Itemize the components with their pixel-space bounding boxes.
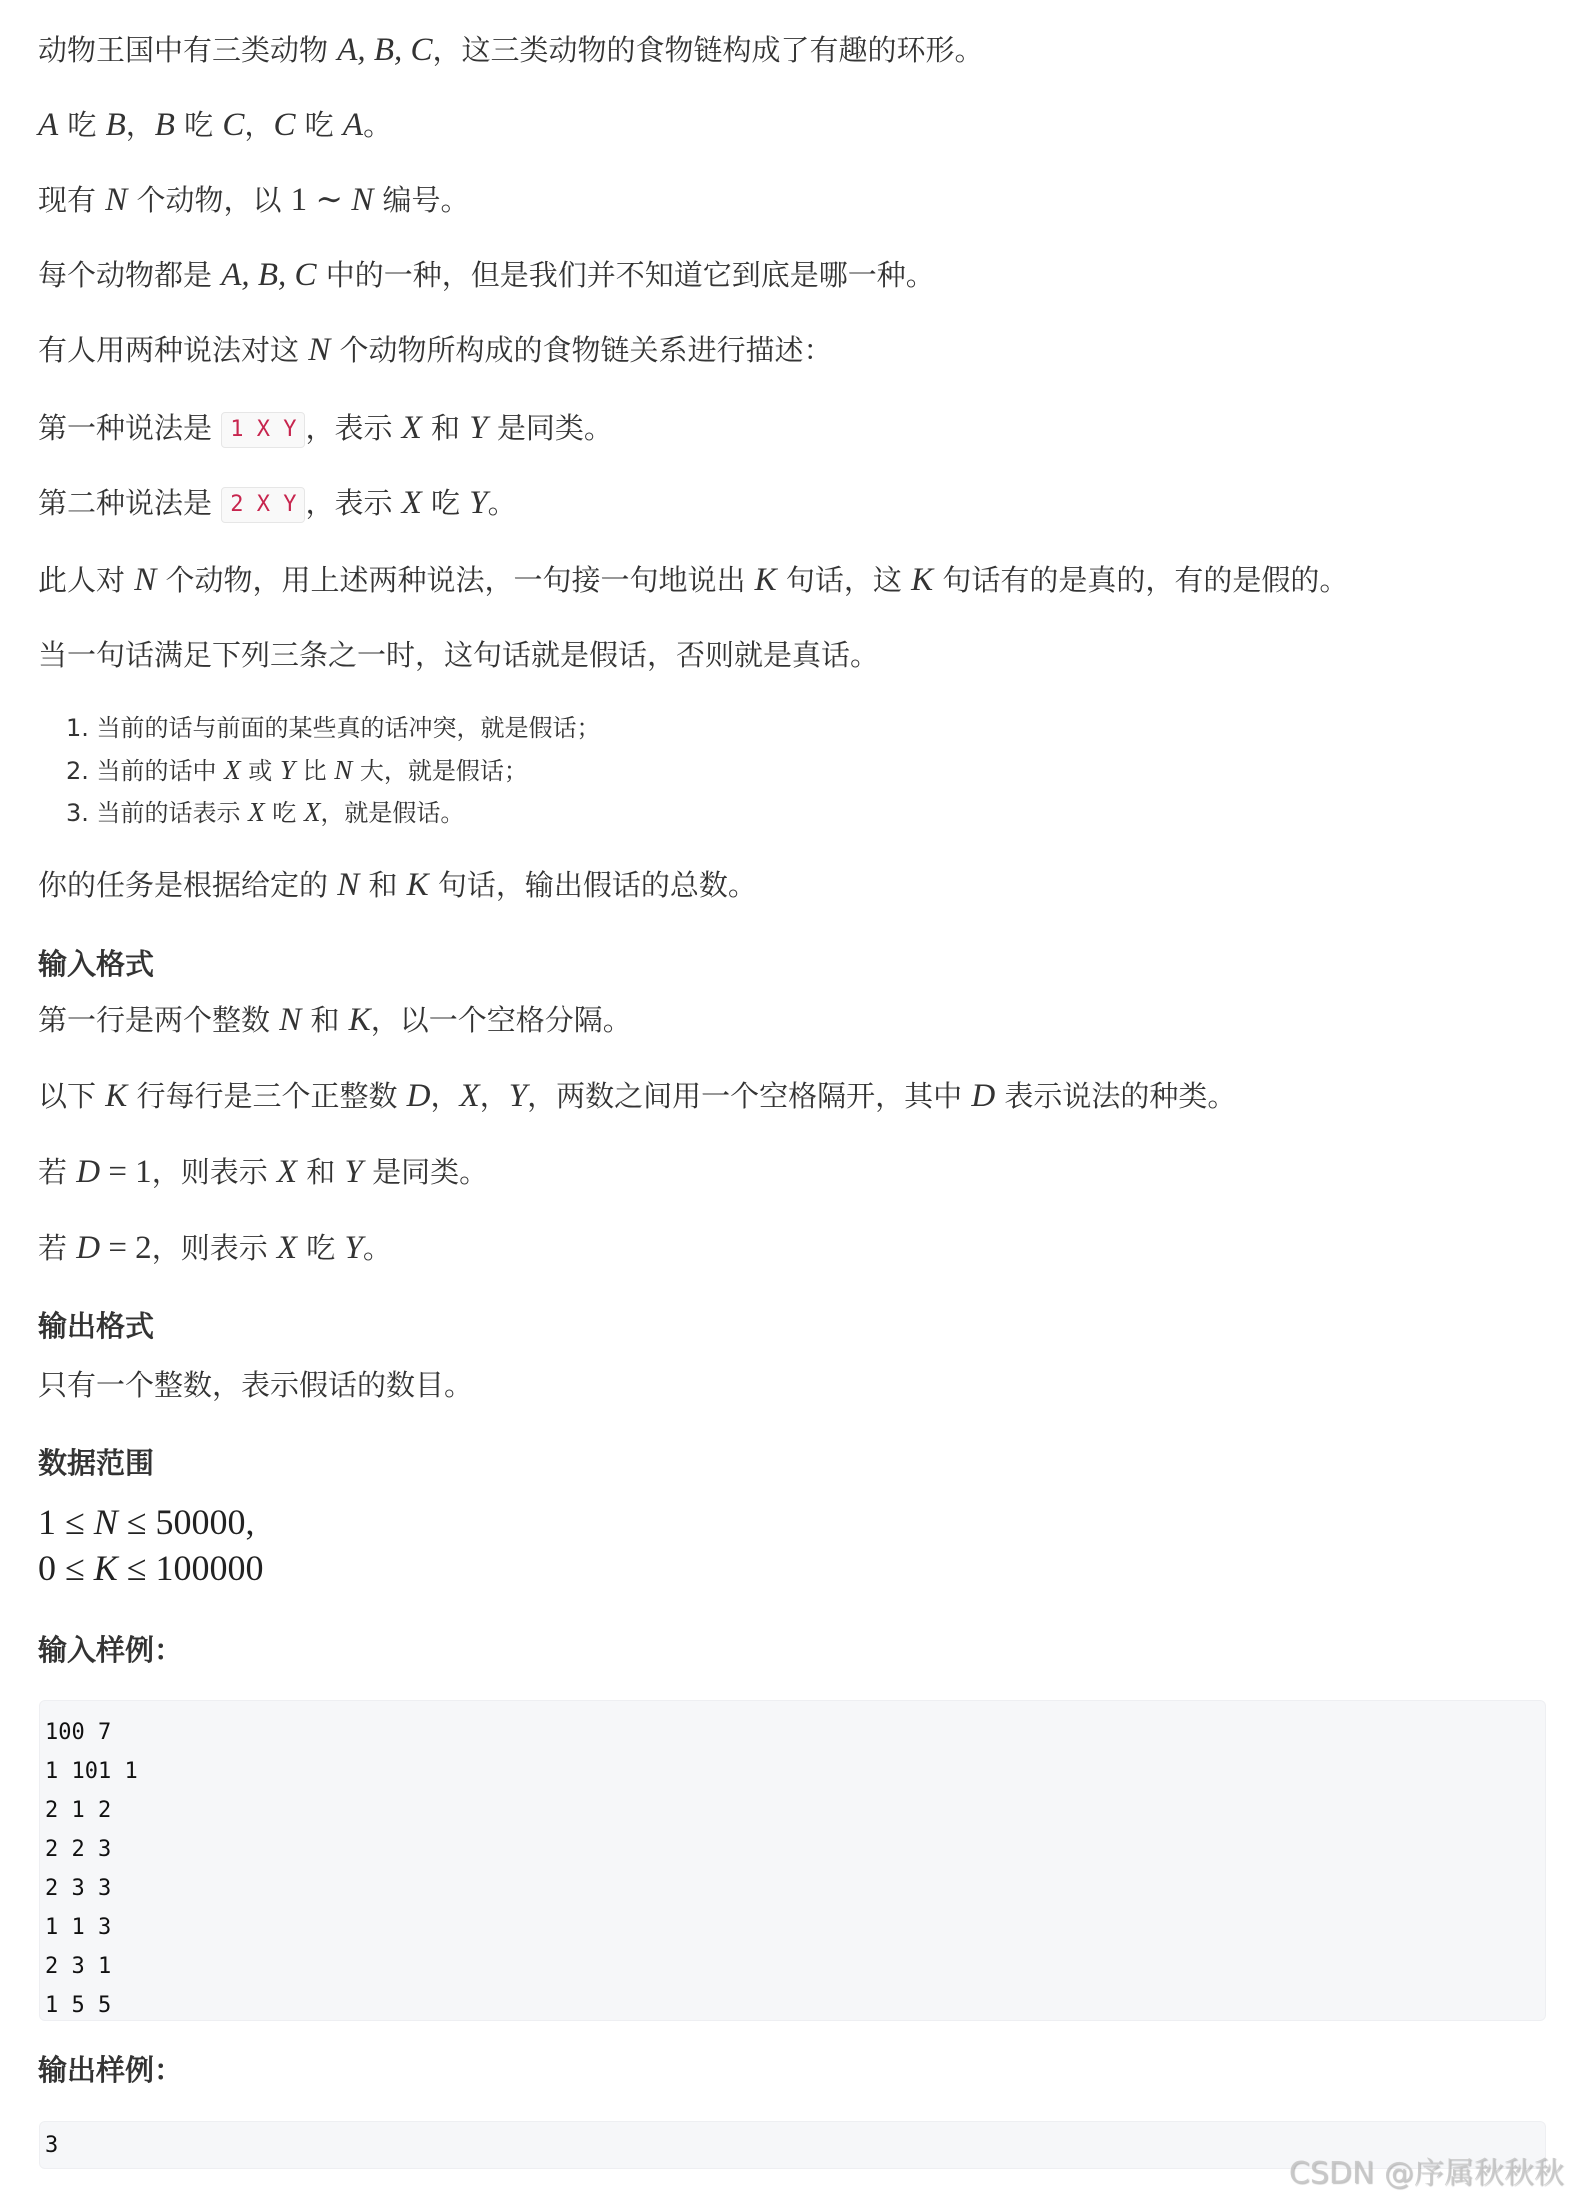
- text: 第一种说法是: [38, 411, 221, 445]
- code-line: 1 5 5: [45, 1986, 1540, 2025]
- math: ≤ 50000,: [118, 1502, 255, 1542]
- math: Y: [345, 1154, 363, 1190]
- math: K: [755, 562, 777, 598]
- statements-intro-paragraph: 有人用两种说法对这 N 个动物所构成的食物链关系进行描述：: [38, 330, 832, 370]
- text: ，则表示: [152, 1155, 277, 1189]
- text: 第一行是两个整数: [38, 1003, 279, 1037]
- math: = 2: [100, 1230, 152, 1266]
- k-statements-paragraph: 此人对 N 个动物，用上述两种说法，一句接一句地说出 K 句话，这 K 句话有的…: [38, 560, 1348, 600]
- math: X: [304, 797, 321, 827]
- task-paragraph: 你的任务是根据给定的 N 和 K 句话，输出假话的总数。: [38, 865, 757, 905]
- text: ，两数之间用一个空格隔开，其中: [527, 1079, 971, 1113]
- list-number: 1.: [66, 714, 97, 742]
- text: ，表示: [305, 411, 401, 445]
- math: K: [349, 1002, 371, 1038]
- input-format-line-3: 若 D = 1，则表示 X 和 Y 是同类。: [38, 1152, 488, 1192]
- text: 编号。: [373, 183, 469, 217]
- text: 和: [301, 1003, 348, 1037]
- math: K: [911, 562, 933, 598]
- output-format-heading: 输出格式: [38, 1306, 154, 1346]
- math: N: [105, 182, 127, 218]
- sample-input-heading: 输入样例：: [38, 1630, 183, 1670]
- math: Y: [469, 410, 487, 446]
- rule-item-2: 2. 当前的话中 X 或 Y 比 N 大，就是假话；: [66, 749, 528, 792]
- input-format-line-2: 以下 K 行每行是三个正整数 D，X，Y，两数之间用一个空格隔开，其中 D 表示…: [38, 1076, 1236, 1116]
- data-range-heading: 数据范围: [38, 1443, 154, 1483]
- math: X: [248, 797, 265, 827]
- text: 第二种说法是: [38, 486, 221, 520]
- text: 大，就是假话；: [352, 757, 528, 785]
- math: Y: [345, 1230, 363, 1266]
- math: X: [224, 755, 241, 785]
- text: 吃: [422, 486, 469, 520]
- text: 有人用两种说法对这: [38, 333, 308, 367]
- text: 吃: [295, 108, 342, 142]
- range-k: 0 ≤ K ≤ 100000: [38, 1545, 264, 1591]
- math: C: [273, 107, 295, 143]
- text: 。: [363, 1231, 392, 1265]
- text: 比: [295, 757, 334, 785]
- code-line: 2 3 1: [45, 1947, 1540, 1986]
- text: 是同类。: [363, 1155, 488, 1189]
- input-format-heading: 输入格式: [38, 944, 154, 984]
- csdn-watermark: CSDN @序属秋秋秋: [1289, 2148, 1564, 2192]
- input-format-line-4: 若 D = 2，则表示 X 吃 Y。: [38, 1228, 392, 1268]
- code-line: 2 1 2: [45, 1791, 1540, 1830]
- text: 现有: [38, 183, 105, 217]
- text: 以下: [38, 1079, 105, 1113]
- text: 行每行是三个正整数: [127, 1079, 406, 1113]
- code-line: 100 7: [45, 1713, 1540, 1752]
- inline-code: 2 X Y: [221, 487, 305, 523]
- code-line: 1 1 3: [45, 1908, 1540, 1947]
- text: 。: [363, 108, 392, 142]
- text: ，则表示: [152, 1231, 277, 1265]
- text: 每个动物都是: [38, 258, 221, 292]
- math: K: [407, 867, 429, 903]
- text: ，以一个空格分隔。: [371, 1003, 632, 1037]
- input-format-line-1: 第一行是两个整数 N 和 K，以一个空格分隔。: [38, 1000, 632, 1040]
- math: C: [222, 107, 244, 143]
- math: B: [106, 107, 126, 143]
- code-line: 2 2 3: [45, 1830, 1540, 1869]
- text: ，这三类动物的食物链构成了有趣的环形。: [433, 33, 984, 67]
- math: Y: [280, 755, 295, 785]
- text: 句话，输出假话的总数。: [429, 868, 757, 902]
- text: 你的任务是根据给定的: [38, 868, 337, 902]
- math: 1 ≤: [38, 1502, 94, 1542]
- math: A, B, C: [337, 32, 432, 68]
- math: 0 ≤: [38, 1548, 94, 1588]
- sample-input-block[interactable]: 100 7 1 101 1 2 1 2 2 2 3 2 3 3 1 1 3 2 …: [39, 1700, 1546, 2021]
- sample-output-heading: 输出样例：: [38, 2050, 183, 2090]
- text: 。: [488, 486, 517, 520]
- math: Y: [469, 485, 487, 521]
- text: 当一句话满足下列三条之一时，这句话就是假话，否则就是真话。: [38, 638, 879, 672]
- rule-item-3: 3. 当前的话表示 X 吃 X，就是假话。: [66, 791, 464, 834]
- math: A, B, C: [221, 257, 316, 293]
- math: N: [134, 562, 156, 598]
- math: N: [279, 1002, 301, 1038]
- math: D: [407, 1078, 431, 1114]
- math: Y: [509, 1078, 527, 1114]
- math: = 1: [100, 1154, 152, 1190]
- text: 当前的话与前面的某些真的话冲突，就是假话；: [97, 714, 601, 742]
- inline-code: 1 X Y: [221, 412, 305, 448]
- math: N: [334, 755, 352, 785]
- text: ，: [244, 108, 273, 142]
- text: 和: [422, 411, 469, 445]
- statement-type-2: 第二种说法是 2 X Y，表示 X 吃 Y。: [38, 483, 517, 523]
- text: 句话有的是真的，有的是假的。: [933, 563, 1348, 597]
- text: 此人对: [38, 563, 134, 597]
- rule-item-1: 1. 当前的话与前面的某些真的话冲突，就是假话；: [66, 707, 601, 749]
- math: D: [971, 1078, 995, 1114]
- math: 1 ∼: [291, 182, 352, 218]
- math: N: [308, 332, 330, 368]
- text: 当前的话中: [97, 757, 225, 785]
- math: N: [337, 867, 359, 903]
- text: 动物王国中有三类动物: [38, 33, 337, 67]
- text: 个动物所构成的食物链关系进行描述：: [330, 333, 832, 367]
- math: K: [105, 1078, 127, 1114]
- math: ≤ 100000: [118, 1548, 264, 1588]
- statement-type-1: 第一种说法是 1 X Y，表示 X 和 Y 是同类。: [38, 408, 613, 448]
- false-condition-paragraph: 当一句话满足下列三条之一时，这句话就是假话，否则就是真话。: [38, 635, 879, 675]
- range-n: 1 ≤ N ≤ 50000,: [38, 1499, 255, 1545]
- math: N: [351, 182, 373, 218]
- intro-paragraph: 动物王国中有三类动物 A, B, C，这三类动物的食物链构成了有趣的环形。: [38, 30, 984, 70]
- text: ，: [431, 1079, 460, 1113]
- numbering-paragraph: 现有 N 个动物，以 1 ∼ N 编号。: [38, 180, 470, 220]
- list-number: 2.: [66, 757, 97, 785]
- text: 个动物，以: [127, 183, 290, 217]
- text: 和: [297, 1155, 344, 1189]
- math: N: [94, 1502, 118, 1542]
- math: X: [460, 1078, 480, 1114]
- text: ，: [126, 108, 155, 142]
- text: ，就是假话。: [320, 799, 464, 827]
- text: 表示说法的种类。: [995, 1079, 1236, 1113]
- text: 是同类。: [488, 411, 613, 445]
- code-line: 1 101 1: [45, 1752, 1540, 1791]
- text: ，: [480, 1079, 509, 1113]
- text: 若: [38, 1155, 76, 1189]
- text: 吃: [297, 1231, 344, 1265]
- math: A: [38, 107, 58, 143]
- list-number: 3.: [66, 799, 97, 827]
- text: 和: [359, 868, 406, 902]
- unknown-type-paragraph: 每个动物都是 A, B, C 中的一种，但是我们并不知道它到底是哪一种。: [38, 255, 935, 295]
- food-chain-paragraph: A 吃 B，B 吃 C，C 吃 A。: [38, 105, 392, 145]
- math: K: [94, 1548, 118, 1588]
- math: X: [277, 1230, 297, 1266]
- text: 中的一种，但是我们并不知道它到底是哪一种。: [317, 258, 935, 292]
- math: A: [343, 107, 363, 143]
- math: D: [76, 1154, 100, 1190]
- text: 吃: [175, 108, 222, 142]
- code-line: 2 3 3: [45, 1869, 1540, 1908]
- text: 当前的话表示: [97, 799, 249, 827]
- text: ，表示: [305, 486, 401, 520]
- output-format-text: 只有一个整数，表示假话的数目。: [38, 1365, 473, 1405]
- text: 句话，这: [777, 563, 911, 597]
- text: 吃: [58, 108, 105, 142]
- math: X: [402, 485, 422, 521]
- math: X: [402, 410, 422, 446]
- text: 吃: [265, 799, 304, 827]
- text: 若: [38, 1231, 76, 1265]
- math: X: [277, 1154, 297, 1190]
- math: D: [76, 1230, 100, 1266]
- math: B: [155, 107, 175, 143]
- text: 个动物，用上述两种说法，一句接一句地说出: [156, 563, 754, 597]
- text: 或: [241, 757, 280, 785]
